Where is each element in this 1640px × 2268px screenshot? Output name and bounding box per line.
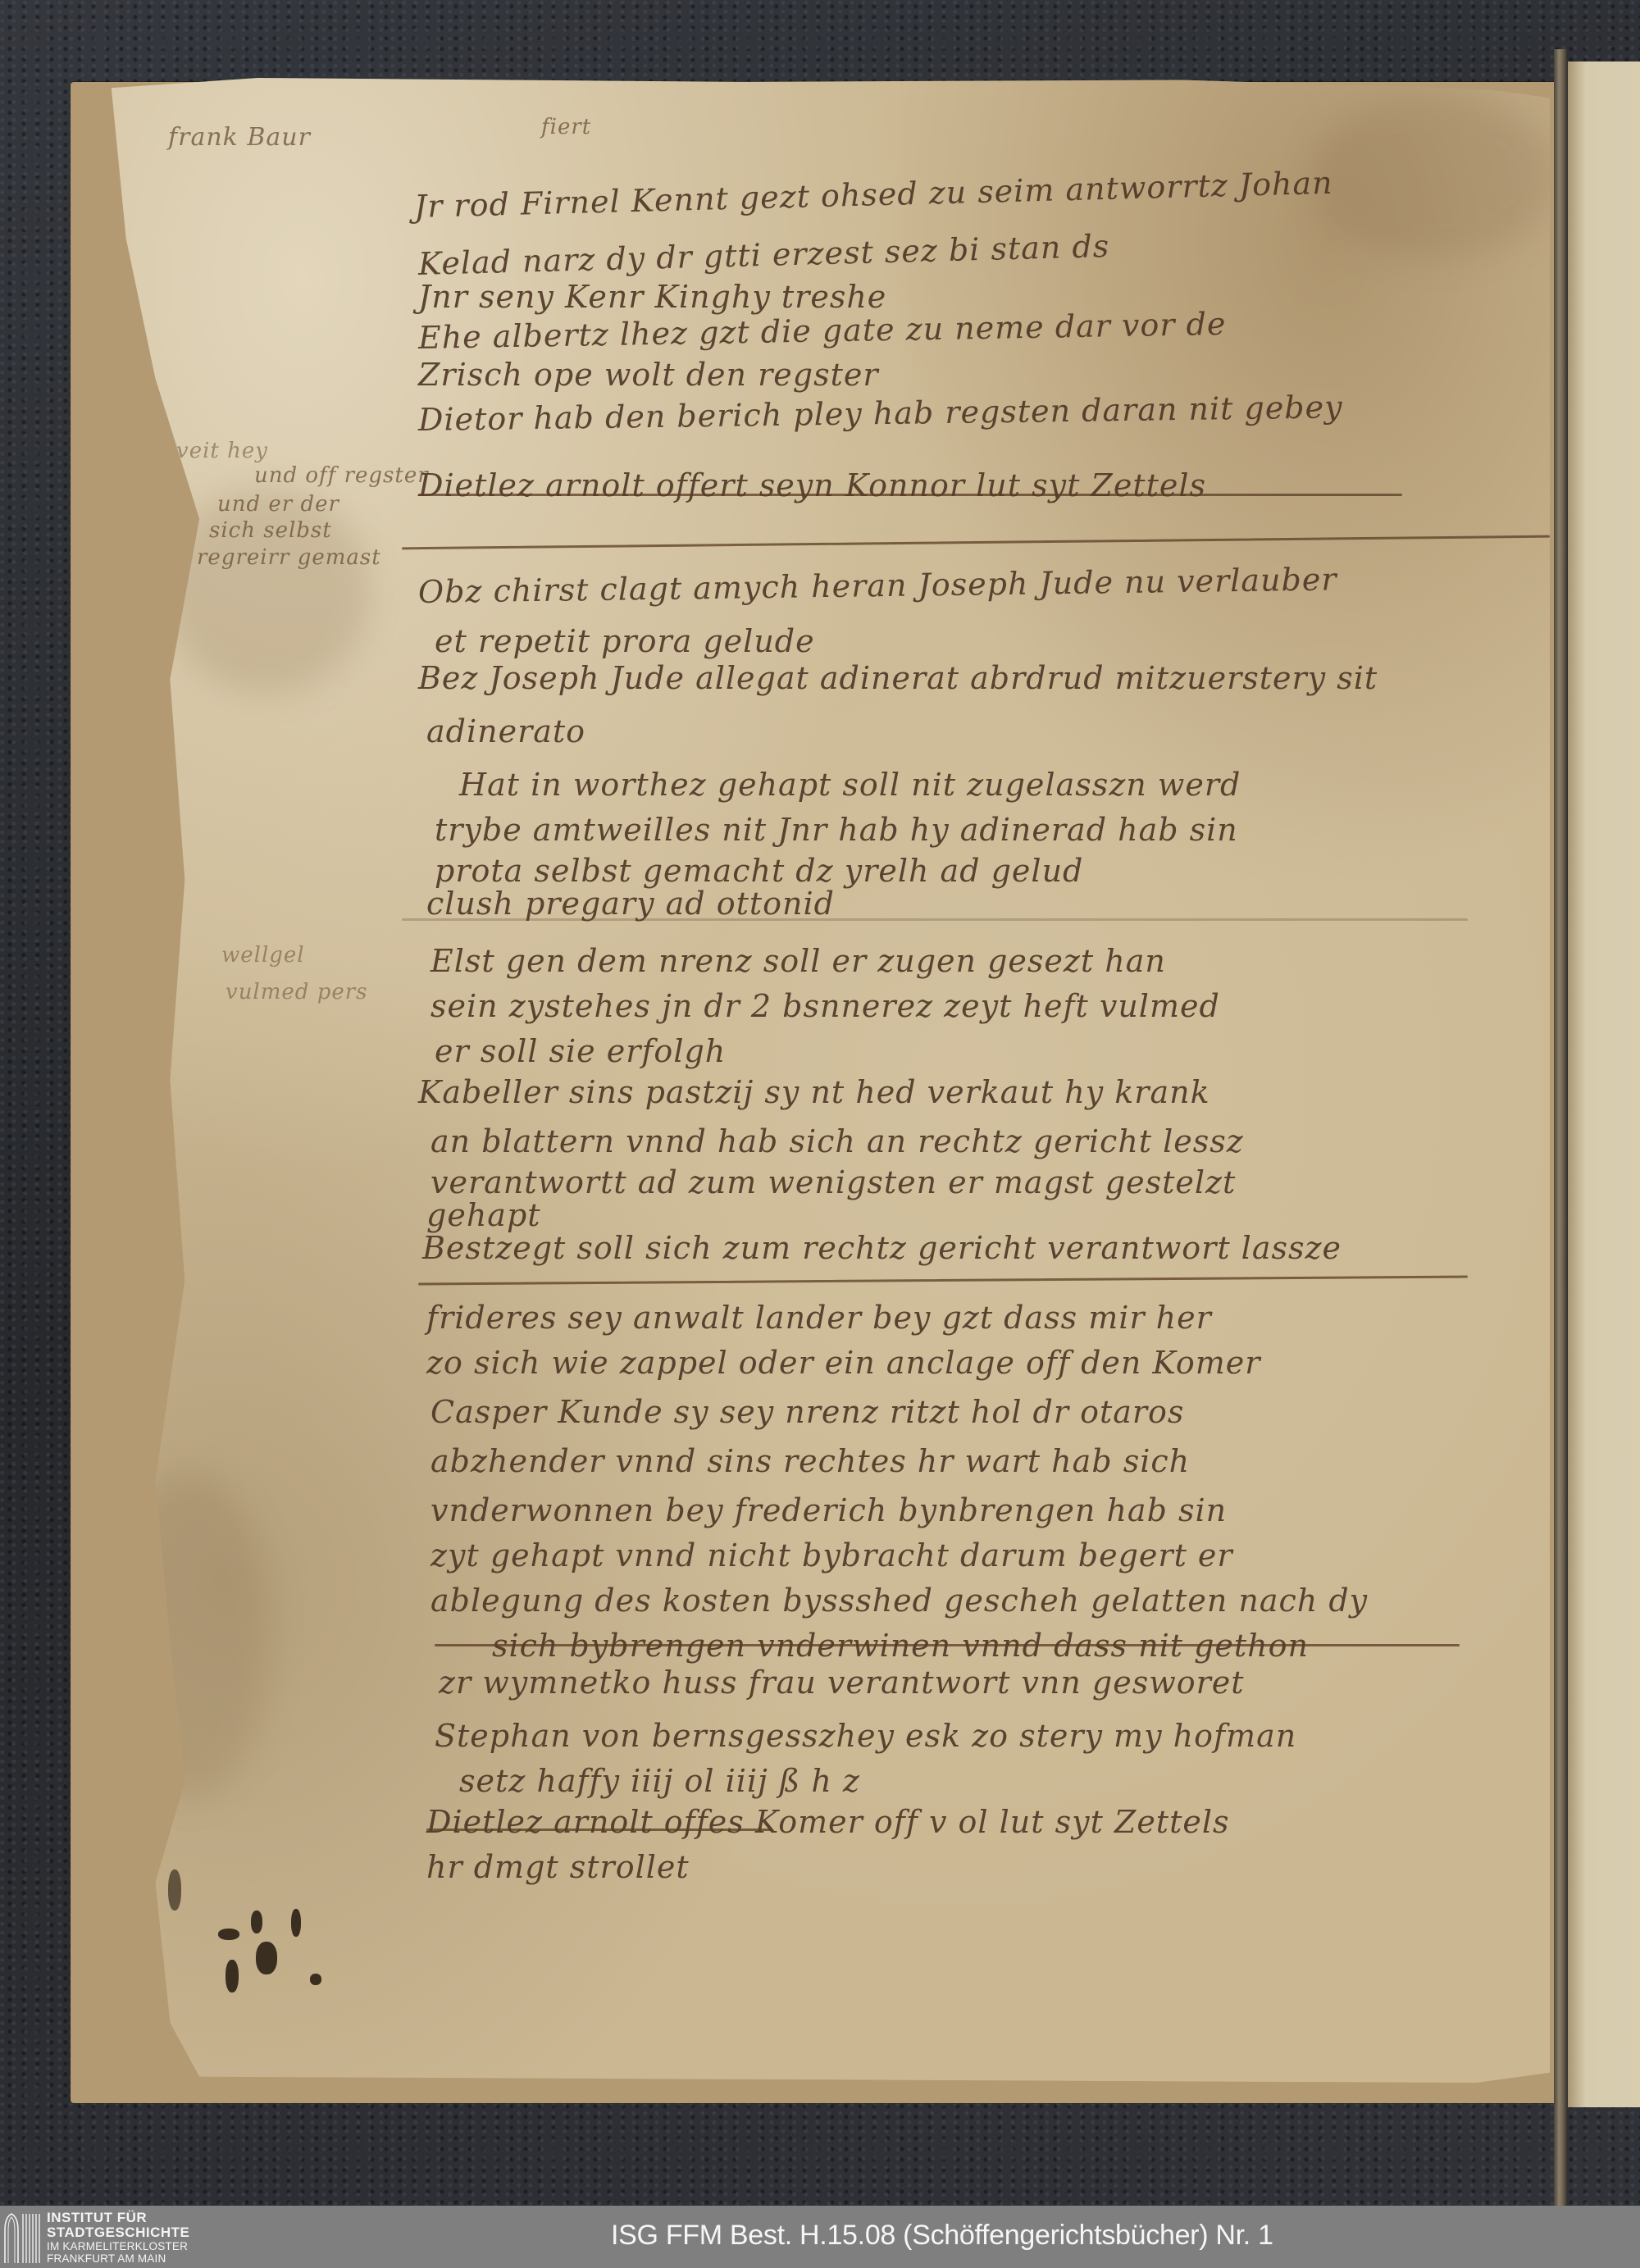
margin-note-name: frank Baur	[168, 123, 311, 152]
book-gutter	[1554, 49, 1567, 2206]
archive-footer: INSTITUT FÜR STADTGESCHICHTE IM KARMELIT…	[0, 2206, 1640, 2268]
strike-through	[426, 1829, 771, 1831]
text-line: Casper Kunde sy sey nrenz ritzt hol dr o…	[430, 1394, 1184, 1430]
text-line: Dietlez arnolt offert seyn Konnor lut sy…	[418, 467, 1206, 503]
institute-line-1: INSTITUT FÜR	[47, 2211, 189, 2225]
text-line: Dietlez arnolt offes Komer off v ol lut …	[426, 1804, 1230, 1840]
text-line: Kabeller sins pastzij sy nt hed verkaut …	[418, 1074, 1210, 1110]
text-line: setz haffy iiij ol iiij ß h z	[459, 1763, 860, 1799]
strike-through	[418, 494, 1402, 496]
adjacent-page-edge	[1568, 61, 1640, 2107]
text-line: Stephan von bernsgesszhey esk zo stery m…	[435, 1718, 1296, 1754]
institute-line-2: STADTGESCHICHTE	[47, 2225, 189, 2240]
text-line: Elst gen dem nrenz soll er zugen gesezt …	[430, 943, 1166, 979]
institute-line-4: FRANKFURT AM MAIN	[47, 2253, 189, 2265]
text-line: verantwortt ad zum wenigsten er magst ge…	[430, 1164, 1236, 1200]
text-line: hr dmgt strollet	[426, 1849, 690, 1885]
institute-line-3: IM KARMELITERKLOSTER	[47, 2241, 189, 2252]
text-line: ablegung des kosten byssshed gescheh gel…	[430, 1583, 1368, 1619]
text-line: frideres sey anwalt lander bey gzt dass …	[426, 1300, 1212, 1336]
text-line: zr wymnetko huss frau verantwort vnn ges…	[439, 1665, 1245, 1701]
text-line: trybe amtweilles nit Jnr hab hy adinerad…	[435, 812, 1238, 848]
text-line: er soll sie erfolgh	[435, 1033, 726, 1069]
text-line: prota selbst gemacht dz yrelh ad gelud	[435, 853, 1083, 889]
text-line: Hat in worthez gehapt soll nit zugelassz…	[459, 767, 1241, 803]
text-line: zyt gehapt vnnd nicht bybracht darum beg…	[430, 1537, 1233, 1573]
section-separator	[435, 1644, 1460, 1646]
institute-name: INSTITUT FÜR STADTGESCHICHTE IM KARMELIT…	[47, 2211, 189, 2265]
header-note: fiert	[541, 115, 591, 139]
gothic-arch-logo-icon	[3, 2212, 41, 2263]
text-line: gehapt	[426, 1197, 541, 1233]
text-line: abzhender vnnd sins rechtes hr wart hab …	[430, 1443, 1190, 1479]
text-line: et repetit prora gelude	[435, 623, 815, 659]
text-line: adinerato	[426, 713, 585, 749]
text-line: an blattern vnnd hab sich an rechtz geri…	[430, 1123, 1244, 1159]
text-line: Zrisch ope wolt den regster	[418, 357, 879, 393]
section-separator	[402, 918, 1468, 921]
text-line: clush pregary ad ottonid	[426, 886, 835, 922]
text-line: zo sich wie zappel oder ein anclage off …	[426, 1345, 1260, 1381]
text-line: Bez Joseph Jude allegat adinerat abrdrud…	[418, 660, 1378, 696]
text-line: Bestzegt soll sich zum rechtz gericht ve…	[422, 1230, 1342, 1266]
text-line: vnderwonnen bey frederich bynbrengen hab…	[430, 1492, 1227, 1528]
text-line: Jnr seny Kenr Kinghy treshe	[418, 279, 886, 315]
text-line: sein zystehes jn dr 2 bsnnerez zeyt heft…	[430, 988, 1220, 1024]
archive-signature: ISG FFM Best. H.15.08 (Schöffengerichtsb…	[611, 2220, 1273, 2252]
